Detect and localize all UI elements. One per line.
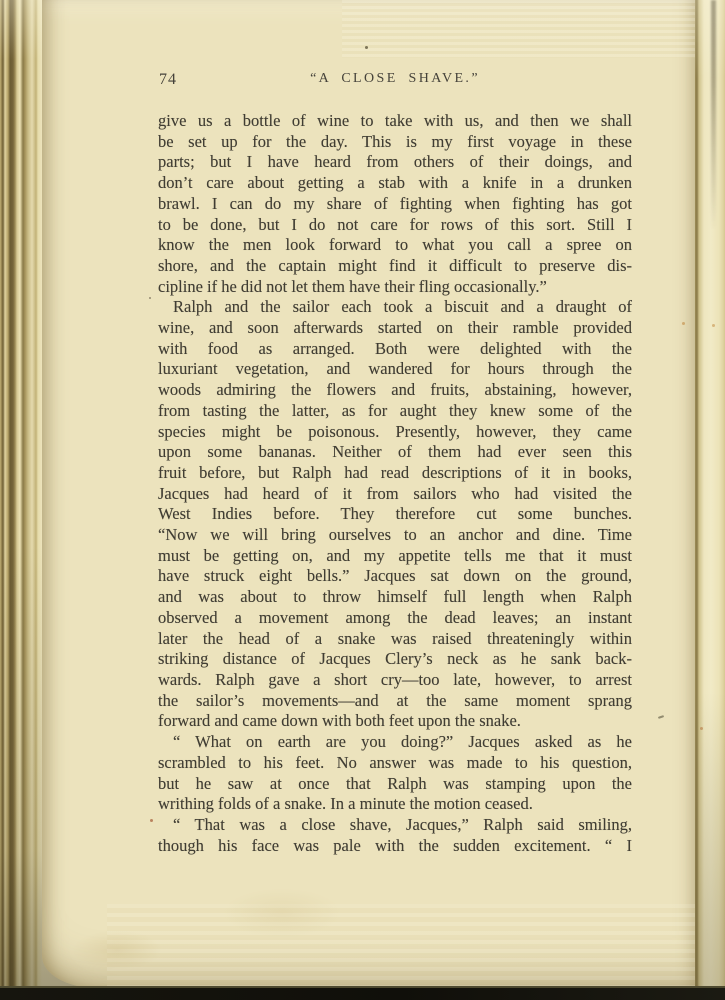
- text-line: Ralph and the sailor each took a biscuit…: [158, 297, 632, 318]
- text-line: the sailor’s movements—and at the same m…: [158, 691, 632, 712]
- paper-speck: [365, 46, 368, 49]
- text-line: wine, and soon afterwards started on the…: [158, 318, 632, 339]
- text-line: writhing folds of a snake. In a minute t…: [158, 794, 632, 815]
- paper-speck: [682, 322, 685, 325]
- text-line: must be getting on, and my appetite tell…: [158, 546, 632, 567]
- paper-speck: [712, 324, 715, 327]
- text-line: forward and came down with both feet upo…: [158, 711, 632, 732]
- text-line: know the men look forward to what you ca…: [158, 235, 632, 256]
- text-line: brawl. I can do my share of fighting whe…: [158, 194, 632, 215]
- text-line: species might be poisonous. Presently, h…: [158, 422, 632, 443]
- next-page-edge: [695, 0, 725, 988]
- paper-texture-bottom: [107, 904, 695, 988]
- text-line: observed a movement among the dead leave…: [158, 608, 632, 629]
- text-line: striking distance of Jacques Clery’s nec…: [158, 649, 632, 670]
- text-line: but he saw at once that Ralph was stampi…: [158, 774, 632, 795]
- text-line: have struck eight bells.” Jacques sat do…: [158, 566, 632, 587]
- text-line: parts; but I have heard from others of t…: [158, 152, 632, 173]
- running-title: “A CLOSE SHAVE.”: [158, 69, 632, 87]
- text-line: give us a bottle of wine to take with us…: [158, 111, 632, 132]
- page-body-text: give us a bottle of wine to take with us…: [158, 111, 632, 856]
- text-line: fruit before, but Ralph had read descrip…: [158, 463, 632, 484]
- paper-stain: [72, 930, 162, 970]
- paper-speck: [658, 715, 664, 719]
- text-line: and was about to throw himself full leng…: [158, 587, 632, 608]
- text-line: later the head of a snake was raised thr…: [158, 629, 632, 650]
- text-line: “ That was a close shave, Jacques,” Ralp…: [158, 815, 632, 836]
- text-line: to be done, but I do not care for rows o…: [158, 215, 632, 236]
- text-line: wards. Ralph gave a short cry—too late, …: [158, 670, 632, 691]
- text-line: from tasting the latter, as for aught th…: [158, 401, 632, 422]
- book-page: 74 “A CLOSE SHAVE.” give us a bottle of …: [42, 0, 695, 988]
- text-line: upon some bananas. Neither of them had e…: [158, 442, 632, 463]
- text-line: “Now we will bring ourselves to an ancho…: [158, 525, 632, 546]
- paper-stain: [222, 888, 342, 938]
- text-line: don’t care about getting a stab with a k…: [158, 173, 632, 194]
- text-line: West Indies before. They therefore cut s…: [158, 504, 632, 525]
- text-line: “ What on earth are you doing?” Jacques …: [158, 732, 632, 753]
- text-line: scrambled to his feet. No answer was mad…: [158, 753, 632, 774]
- text-line: though his face was pale with the sudden…: [158, 836, 632, 857]
- text-line: Jacques had heard of it from sailors who…: [158, 484, 632, 505]
- paper-speck: [150, 819, 153, 822]
- paper-speck: [149, 297, 151, 299]
- text-line: shore, and the captain might find it dif…: [158, 256, 632, 277]
- text-line: luxuriant vegetation, and wandered for h…: [158, 359, 632, 380]
- page-edge-shadow: [711, 0, 716, 230]
- page-number: 74: [159, 71, 177, 89]
- paper-texture-top: [342, 0, 695, 58]
- page-header: 74 “A CLOSE SHAVE.”: [158, 69, 632, 91]
- text-line: be set up for the day. This is my first …: [158, 132, 632, 153]
- table-surface: [0, 986, 725, 1000]
- text-line: woods admiring the flowers and fruits, a…: [158, 380, 632, 401]
- paper-speck: [700, 727, 703, 730]
- book-scan: 74 “A CLOSE SHAVE.” give us a bottle of …: [0, 0, 725, 1000]
- text-line: cipline if he did not let them have thei…: [158, 277, 632, 298]
- text-line: with food as arranged. Both were delight…: [158, 339, 632, 360]
